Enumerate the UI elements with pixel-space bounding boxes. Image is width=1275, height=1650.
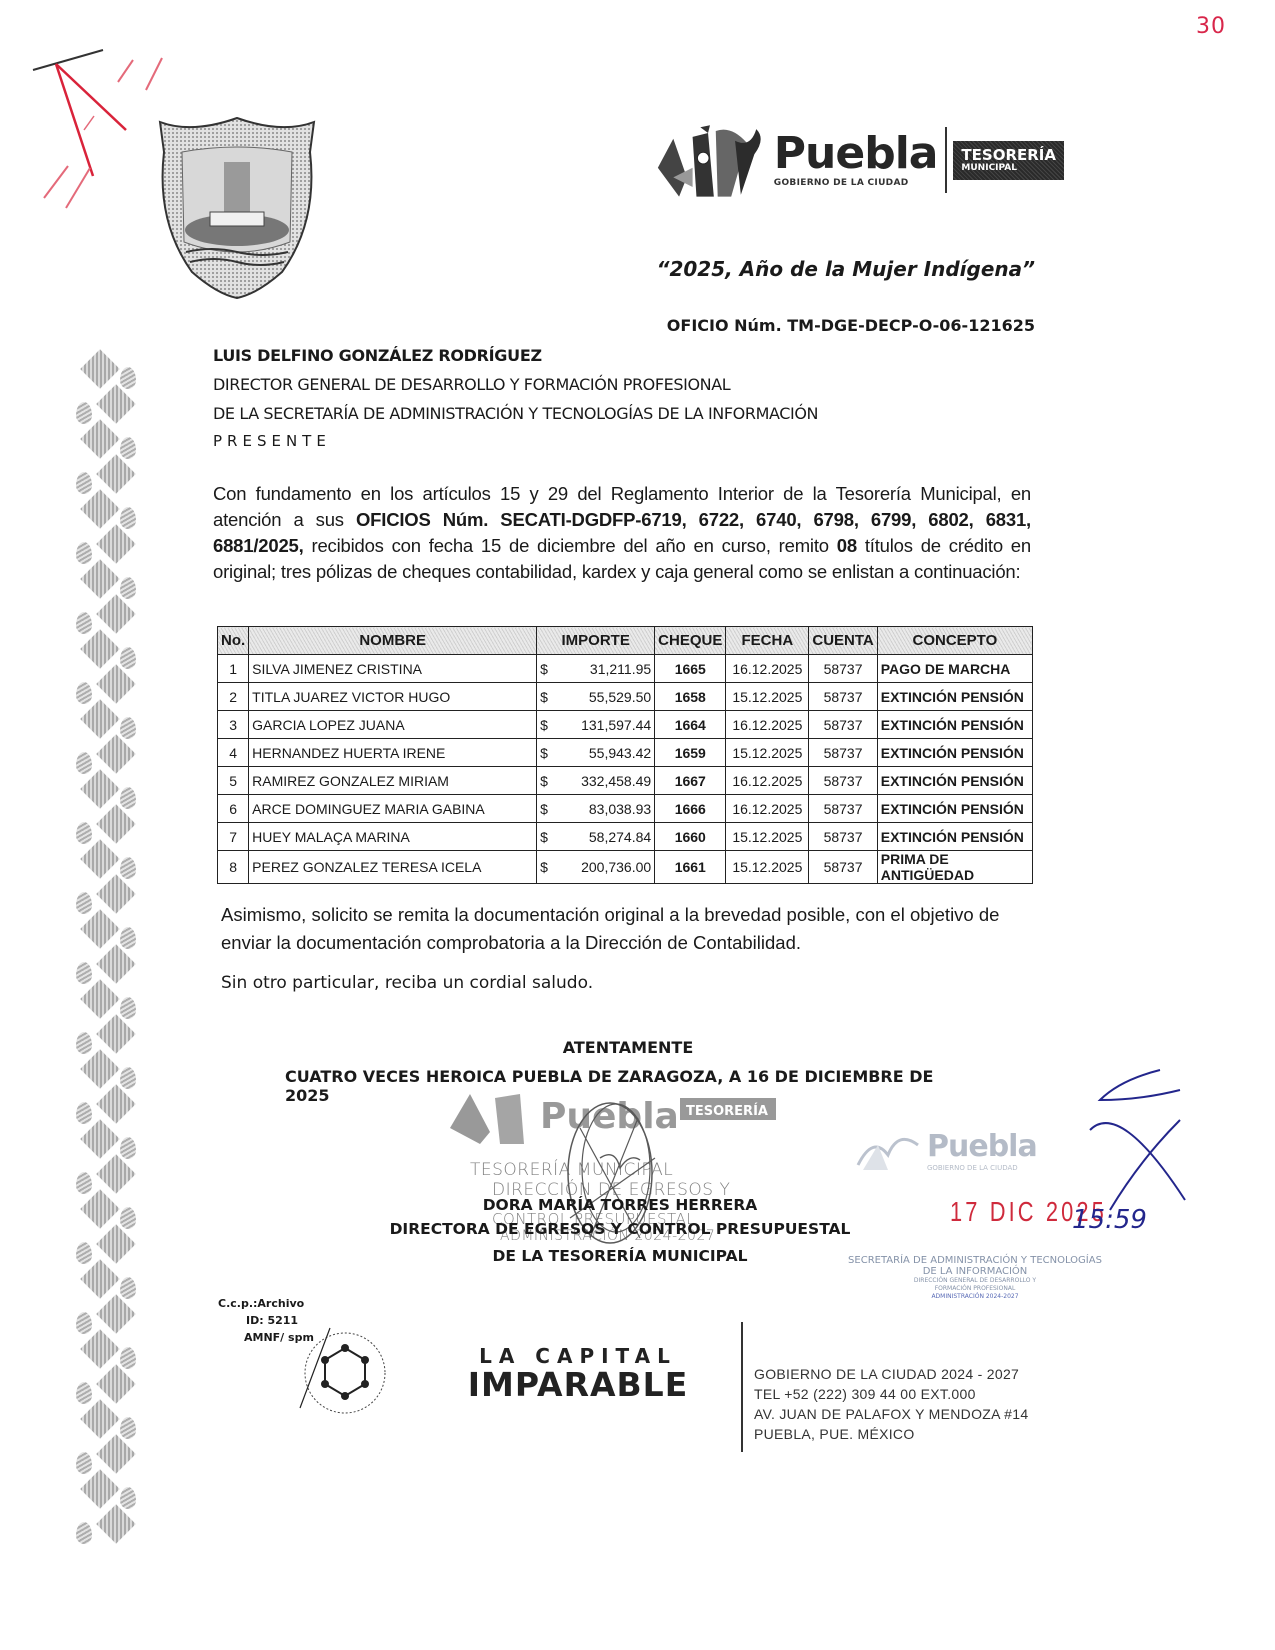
- amount-value: 55,529.50: [589, 689, 651, 705]
- account-number: 58737: [809, 795, 877, 823]
- footer-divider: [741, 1322, 743, 1452]
- currency-symbol: $: [540, 829, 548, 845]
- handwritten-marks-icon: [28, 38, 168, 218]
- border-leaf: [76, 472, 92, 494]
- border-leaf: [120, 1417, 136, 1439]
- table-row: 6ARCE DOMINGUEZ MARIA GABINA$83,038.9316…: [218, 795, 1033, 823]
- body-text: recibidos con fecha 15 de diciembre del …: [304, 535, 837, 556]
- currency-symbol: $: [540, 717, 548, 733]
- salutation: PRESENTE: [213, 432, 818, 450]
- row-number: 1: [218, 655, 249, 683]
- account-number: 58737: [809, 655, 877, 683]
- border-leaf: [76, 892, 92, 914]
- border-leaf: [76, 1452, 92, 1474]
- border-diamond: [80, 419, 120, 459]
- checks-table: No.NOMBREIMPORTECHEQUEFECHACUENTACONCEPT…: [217, 626, 1033, 884]
- border-diamond: [96, 734, 136, 774]
- check-date: 15.12.2025: [726, 683, 809, 711]
- footer-line-1: GOBIERNO DE LA CIUDAD 2024 - 2027: [754, 1364, 1028, 1384]
- amount: $58,274.84: [537, 823, 655, 851]
- amount: $55,529.50: [537, 683, 655, 711]
- border-leaf: [120, 1207, 136, 1229]
- recipient-block: LUIS DELFINO GONZÁLEZ RODRÍGUEZ DIRECTOR…: [213, 346, 818, 450]
- beneficiary-name: SILVA JIMENEZ CRISTINA: [249, 655, 537, 683]
- border-leaf: [76, 1032, 92, 1054]
- dept-line-4: FORMACIÓN PROFESIONAL: [845, 1285, 1105, 1293]
- row-number: 3: [218, 711, 249, 739]
- dept-line-2: DE LA INFORMACIÓN: [845, 1266, 1105, 1277]
- amount: $31,211.95: [537, 655, 655, 683]
- border-diamond: [80, 769, 120, 809]
- border-leaf: [76, 682, 92, 704]
- border-diamond: [80, 1119, 120, 1159]
- amount-value: 31,211.95: [590, 661, 651, 677]
- received-stamp-logo: Puebla GOBIERNO DE LA CIUDAD: [853, 1120, 1093, 1180]
- beneficiary-name: TITLA JUAREZ VICTOR HUGO: [249, 683, 537, 711]
- footer-phone: TEL +52 (222) 309 44 00 EXT.000: [754, 1384, 1028, 1404]
- concept: EXTINCIÓN PENSIÓN: [877, 739, 1032, 767]
- request-paragraph: Asimismo, solicito se remita la document…: [221, 901, 1041, 957]
- tesoreria-label: TESORERÍA: [961, 147, 1056, 163]
- currency-symbol: $: [540, 745, 548, 761]
- border-leaf: [120, 997, 136, 1019]
- border-diamond: [96, 1434, 136, 1474]
- capital-imparable-logo: LA CAPITAL IMPARABLE: [438, 1344, 718, 1402]
- border-diamond: [96, 384, 136, 424]
- logo-name: Puebla: [774, 132, 938, 176]
- row-number: 6: [218, 795, 249, 823]
- amount: $131,597.44: [537, 711, 655, 739]
- border-leaf: [120, 857, 136, 879]
- border-leaf: [76, 402, 92, 424]
- amount: $332,458.49: [537, 767, 655, 795]
- column-header: FECHA: [726, 627, 809, 655]
- amount: $55,943.42: [537, 739, 655, 767]
- column-header: NOMBRE: [249, 627, 537, 655]
- border-diamond: [96, 804, 136, 844]
- border-diamond: [96, 1014, 136, 1054]
- border-leaf: [120, 1137, 136, 1159]
- amount-value: 332,458.49: [581, 773, 651, 789]
- border-diamond: [80, 1259, 120, 1299]
- check-date: 16.12.2025: [726, 711, 809, 739]
- received-time: 15:59: [1072, 1205, 1147, 1235]
- account-number: 58737: [809, 851, 877, 884]
- border-leaf: [76, 822, 92, 844]
- border-diamond: [96, 944, 136, 984]
- border-leaf: [120, 717, 136, 739]
- border-diamond: [80, 979, 120, 1019]
- svg-text:TESORERÍA: TESORERÍA: [686, 1103, 768, 1119]
- currency-symbol: $: [540, 773, 548, 789]
- dept-line-3: DIRECCIÓN GENERAL DE DESARROLLO Y: [845, 1277, 1105, 1285]
- amount-value: 131,597.44: [581, 717, 651, 733]
- border-diamond: [80, 349, 120, 389]
- regards: ATENTAMENTE: [448, 1038, 808, 1057]
- amount-value: 55,943.42: [589, 745, 651, 761]
- closing-paragraph: Sin otro particular, reciba un cordial s…: [221, 973, 593, 993]
- check-number: 1661: [655, 851, 726, 884]
- border-leaf: [76, 1312, 92, 1334]
- table-row: 4HERNANDEZ HUERTA IRENE$55,943.42165915.…: [218, 739, 1033, 767]
- currency-symbol: $: [540, 689, 548, 705]
- border-leaf: [120, 1277, 136, 1299]
- check-number: 1660: [655, 823, 726, 851]
- beneficiary-name: RAMIREZ GONZALEZ MIRIAM: [249, 767, 537, 795]
- border-leaf: [76, 612, 92, 634]
- puebla-emblem-icon: [853, 1125, 923, 1175]
- signer-title-2: DE LA TESORERÍA MUNICIPAL: [380, 1245, 860, 1267]
- ccp-archivo: C.c.p.:Archivo: [218, 1295, 314, 1312]
- currency-symbol: $: [540, 859, 548, 875]
- amount: $200,736.00: [537, 851, 655, 884]
- municipal-crest-icon: [152, 112, 322, 300]
- border-diamond: [80, 1049, 120, 1089]
- row-number: 4: [218, 739, 249, 767]
- check-date: 16.12.2025: [726, 655, 809, 683]
- table-row: 5RAMIREZ GONZALEZ MIRIAM$332,458.4916671…: [218, 767, 1033, 795]
- border-leaf: [76, 542, 92, 564]
- border-diamond: [96, 1504, 136, 1544]
- table-row: 1SILVA JIMENEZ CRISTINA$31,211.95166516.…: [218, 655, 1033, 683]
- column-header: CUENTA: [809, 627, 877, 655]
- row-number: 7: [218, 823, 249, 851]
- table-header-row: No.NOMBREIMPORTECHEQUEFECHACUENTACONCEPT…: [218, 627, 1033, 655]
- concept: PAGO DE MARCHA: [877, 655, 1032, 683]
- recipient-name: LUIS DELFINO GONZÁLEZ RODRÍGUEZ: [213, 346, 818, 366]
- slogan-bottom: IMPARABLE: [438, 1368, 718, 1402]
- border-leaf: [76, 1522, 92, 1544]
- equality-seal-icon: [290, 1318, 390, 1418]
- concept: EXTINCIÓN PENSIÓN: [877, 795, 1032, 823]
- decorative-border: [72, 355, 152, 1555]
- border-leaf: [120, 367, 136, 389]
- page-marker: 30: [1196, 14, 1226, 39]
- dept-line-5: ADMINISTRACIÓN 2024-2027: [845, 1293, 1105, 1301]
- check-number: 1658: [655, 683, 726, 711]
- signer-title-1: DIRECTORA DE EGRESOS Y CONTROL PRESUPUES…: [380, 1218, 860, 1240]
- border-diamond: [80, 1399, 120, 1439]
- footer-city: PUEBLA, PUE. MÉXICO: [754, 1424, 1028, 1444]
- check-number: 1667: [655, 767, 726, 795]
- currency-symbol: $: [540, 801, 548, 817]
- logo-subtitle: GOBIERNO DE LA CIUDAD: [774, 178, 938, 188]
- check-number: 1664: [655, 711, 726, 739]
- border-diamond: [80, 1189, 120, 1229]
- recipient-title-2: DE LA SECRETARÍA DE ADMINISTRACIÓN Y TEC…: [213, 404, 818, 424]
- border-leaf: [120, 647, 136, 669]
- border-leaf: [120, 437, 136, 459]
- row-number: 2: [218, 683, 249, 711]
- border-diamond: [96, 1224, 136, 1264]
- border-leaf: [120, 577, 136, 599]
- border-diamond: [96, 874, 136, 914]
- row-number: 5: [218, 767, 249, 795]
- check-date: 15.12.2025: [726, 739, 809, 767]
- border-diamond: [80, 839, 120, 879]
- received-department: SECRETARÍA DE ADMINISTRACIÓN Y TECNOLOGÍ…: [845, 1255, 1105, 1301]
- account-number: 58737: [809, 739, 877, 767]
- row-number: 8: [218, 851, 249, 884]
- body-paragraph: Con fundamento en los artículos 15 y 29 …: [213, 481, 1031, 585]
- border-leaf: [76, 752, 92, 774]
- column-header: IMPORTE: [537, 627, 655, 655]
- border-leaf: [120, 1347, 136, 1369]
- border-diamond: [80, 909, 120, 949]
- border-diamond: [96, 594, 136, 634]
- beneficiary-name: ARCE DOMINGUEZ MARIA GABINA: [249, 795, 537, 823]
- footer-street: AV. JUAN DE PALAFOX Y MENDOZA #14: [754, 1404, 1028, 1424]
- municipal-label: MUNICIPAL: [961, 163, 1056, 174]
- beneficiary-name: GARCIA LOPEZ JUANA: [249, 711, 537, 739]
- oficio-number: OFICIO Núm. TM-DGE-DECP-O-06-121625: [545, 316, 1035, 335]
- titles-count: 08: [837, 535, 857, 556]
- border-diamond: [80, 559, 120, 599]
- border-leaf: [120, 1067, 136, 1089]
- check-date: 15.12.2025: [726, 851, 809, 884]
- logo-divider: [945, 127, 947, 193]
- border-diamond: [80, 629, 120, 669]
- border-leaf: [76, 1172, 92, 1194]
- account-number: 58737: [809, 823, 877, 851]
- account-number: 58737: [809, 683, 877, 711]
- dept-line-1: SECRETARÍA DE ADMINISTRACIÓN Y TECNOLOGÍ…: [845, 1255, 1105, 1266]
- border-diamond: [80, 1329, 120, 1369]
- amount-value: 58,274.84: [589, 829, 651, 845]
- border-leaf: [120, 507, 136, 529]
- border-leaf: [120, 787, 136, 809]
- received-logo-name: Puebla: [927, 1129, 1037, 1164]
- recipient-title-1: DIRECTOR GENERAL DE DESARROLLO Y FORMACI…: [213, 375, 818, 395]
- border-diamond: [96, 1154, 136, 1194]
- border-leaf: [76, 1242, 92, 1264]
- concept: EXTINCIÓN PENSIÓN: [877, 767, 1032, 795]
- account-number: 58737: [809, 767, 877, 795]
- table-row: 2TITLA JUAREZ VICTOR HUGO$55,529.5016581…: [218, 683, 1033, 711]
- concept: EXTINCIÓN PENSIÓN: [877, 711, 1032, 739]
- check-date: 15.12.2025: [726, 823, 809, 851]
- concept: EXTINCIÓN PENSIÓN: [877, 823, 1032, 851]
- border-diamond: [96, 1364, 136, 1404]
- column-header: No.: [218, 627, 249, 655]
- account-number: 58737: [809, 711, 877, 739]
- border-diamond: [80, 1469, 120, 1509]
- column-header: CHEQUE: [655, 627, 726, 655]
- beneficiary-name: HUEY MALAÇA MARINA: [249, 823, 537, 851]
- table-row: 7HUEY MALAÇA MARINA$58,274.84166015.12.2…: [218, 823, 1033, 851]
- signer-name: DORA MARÍA TORRES HERRERA: [380, 1194, 860, 1216]
- border-diamond: [96, 664, 136, 704]
- beneficiary-name: HERNANDEZ HUERTA IRENE: [249, 739, 537, 767]
- border-leaf: [120, 927, 136, 949]
- amount-value: 200,736.00: [581, 859, 651, 875]
- border-diamond: [96, 454, 136, 494]
- check-number: 1665: [655, 655, 726, 683]
- year-motto: “2025, Año de la Mujer Indígena”: [435, 257, 1035, 281]
- puebla-emblem-icon: [654, 118, 770, 202]
- concept: EXTINCIÓN PENSIÓN: [877, 683, 1032, 711]
- check-number: 1666: [655, 795, 726, 823]
- border-leaf: [120, 1487, 136, 1509]
- check-number: 1659: [655, 739, 726, 767]
- amount: $83,038.93: [537, 795, 655, 823]
- currency-symbol: $: [540, 661, 548, 677]
- amount-value: 83,038.93: [589, 801, 651, 817]
- border-diamond: [80, 699, 120, 739]
- check-date: 16.12.2025: [726, 767, 809, 795]
- concept: PRIMA DE ANTIGÜEDAD: [877, 851, 1032, 884]
- table-row: 3GARCIA LOPEZ JUANA$131,597.44166416.12.…: [218, 711, 1033, 739]
- column-header: CONCEPTO: [877, 627, 1032, 655]
- border-diamond: [80, 489, 120, 529]
- check-date: 16.12.2025: [726, 795, 809, 823]
- border-diamond: [96, 1084, 136, 1124]
- received-logo-subtitle: GOBIERNO DE LA CIUDAD: [927, 1164, 1037, 1172]
- border-leaf: [76, 1102, 92, 1124]
- border-diamond: [96, 524, 136, 564]
- tesoreria-badge: TESORERÍA MUNICIPAL: [953, 141, 1064, 180]
- beneficiary-name: PEREZ GONZALEZ TERESA ICELA: [249, 851, 537, 884]
- footer-address: GOBIERNO DE LA CIUDAD 2024 - 2027 TEL +5…: [754, 1364, 1028, 1444]
- border-leaf: [76, 962, 92, 984]
- border-leaf: [76, 1382, 92, 1404]
- table-row: 8PEREZ GONZALEZ TERESA ICELA$200,736.001…: [218, 851, 1033, 884]
- border-diamond: [96, 1294, 136, 1334]
- puebla-tesoreria-logo: Puebla GOBIERNO DE LA CIUDAD TESORERÍA M…: [654, 118, 1064, 202]
